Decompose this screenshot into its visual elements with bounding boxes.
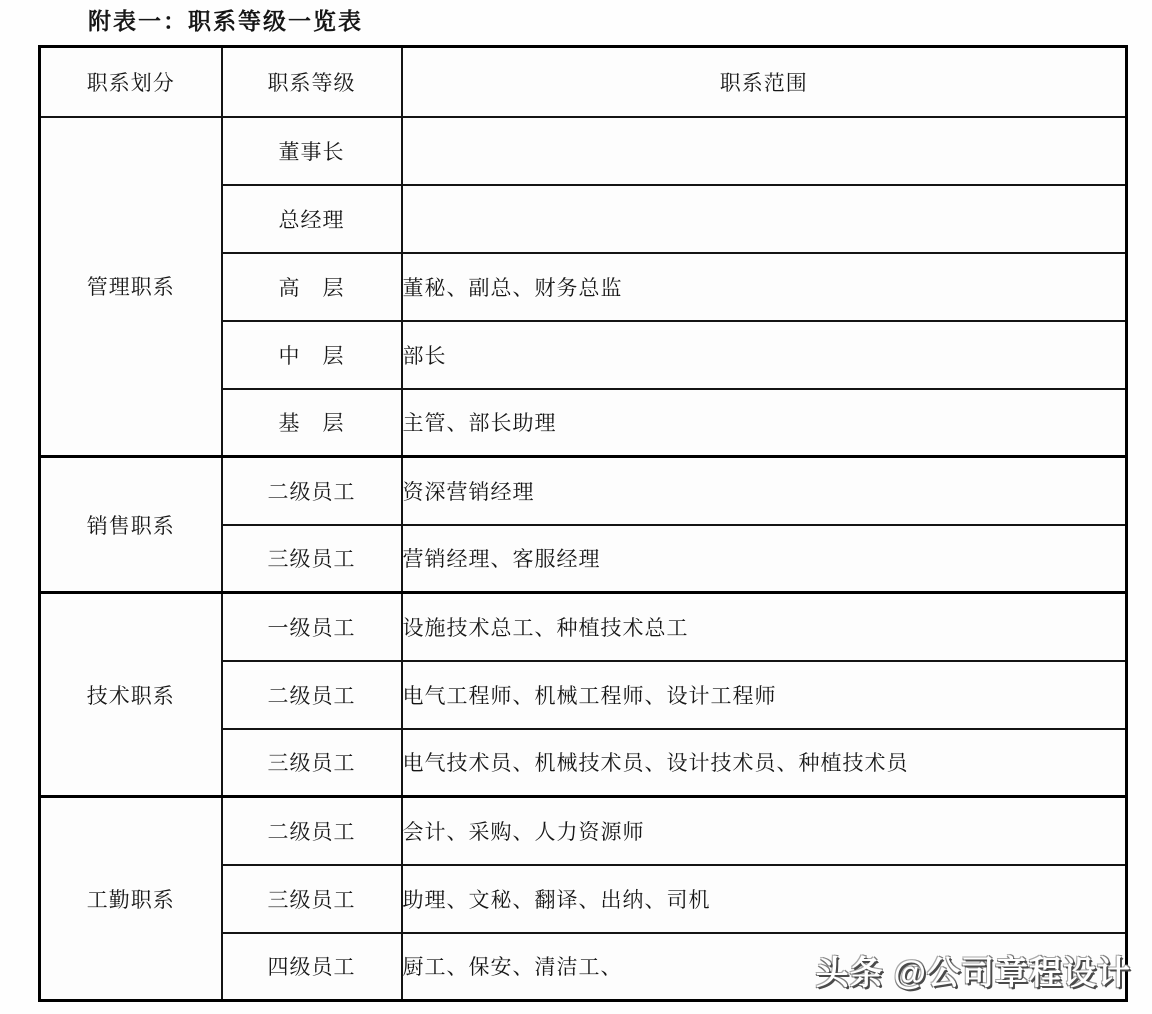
grade-cell: 总经理 (222, 185, 402, 253)
scope-cell: 营销经理、客服经理 (402, 525, 1127, 593)
division-cell: 技术职系 (40, 593, 222, 797)
scope-cell: 设施技术总工、种植技术总工 (402, 593, 1127, 661)
grade-cell: 二级员工 (222, 797, 402, 865)
toutiao-watermark: 头条 @公司章程设计 (816, 947, 1131, 994)
scope-cell: 电气技术员、机械技术员、设计技术员、种植技术员 (402, 729, 1127, 797)
grade-cell: 四级员工 (222, 933, 402, 1001)
scope-cell: 资深营销经理 (402, 457, 1127, 525)
document-title: 附表一：职系等级一览表 (88, 3, 363, 36)
scope-cell (402, 117, 1127, 185)
table-row: 管理职系董事长 (40, 117, 1127, 185)
grade-cell: 三级员工 (222, 865, 402, 933)
grade-cell: 基 层 (222, 389, 402, 457)
grade-cell: 二级员工 (222, 457, 402, 525)
scope-cell: 电气工程师、机械工程师、设计工程师 (402, 661, 1127, 729)
division-cell: 销售职系 (40, 457, 222, 593)
grade-cell: 中 层 (222, 321, 402, 389)
header-row: 职系划分 职系等级 职系范围 (40, 47, 1127, 117)
grade-cell: 一级员工 (222, 593, 402, 661)
table-row: 销售职系二级员工资深营销经理 (40, 457, 1127, 525)
header-cell-division: 职系划分 (40, 47, 222, 117)
grade-cell: 董事长 (222, 117, 402, 185)
header-cell-grade: 职系等级 (222, 47, 402, 117)
division-cell: 管理职系 (40, 117, 222, 457)
grade-cell: 三级员工 (222, 525, 402, 593)
scope-cell: 主管、部长助理 (402, 389, 1127, 457)
grade-cell: 三级员工 (222, 729, 402, 797)
division-cell: 工勤职系 (40, 797, 222, 1001)
scope-cell: 部长 (402, 321, 1127, 389)
table-row: 工勤职系二级员工会计、采购、人力资源师 (40, 797, 1127, 865)
table-body: 管理职系董事长总经理高 层董秘、副总、财务总监中 层部长基 层主管、部长助理销售… (40, 117, 1127, 1001)
scope-cell: 董秘、副总、财务总监 (402, 253, 1127, 321)
table-row: 技术职系一级员工设施技术总工、种植技术总工 (40, 593, 1127, 661)
header-cell-scope: 职系范围 (402, 47, 1127, 117)
scope-cell: 助理、文秘、翻译、出纳、司机 (402, 865, 1127, 933)
grade-cell: 二级员工 (222, 661, 402, 729)
grade-cell: 高 层 (222, 253, 402, 321)
scope-cell (402, 185, 1127, 253)
job-grade-table: 职系划分 职系等级 职系范围 管理职系董事长总经理高 层董秘、副总、财务总监中 … (38, 45, 1128, 1002)
scope-cell: 会计、采购、人力资源师 (402, 797, 1127, 865)
